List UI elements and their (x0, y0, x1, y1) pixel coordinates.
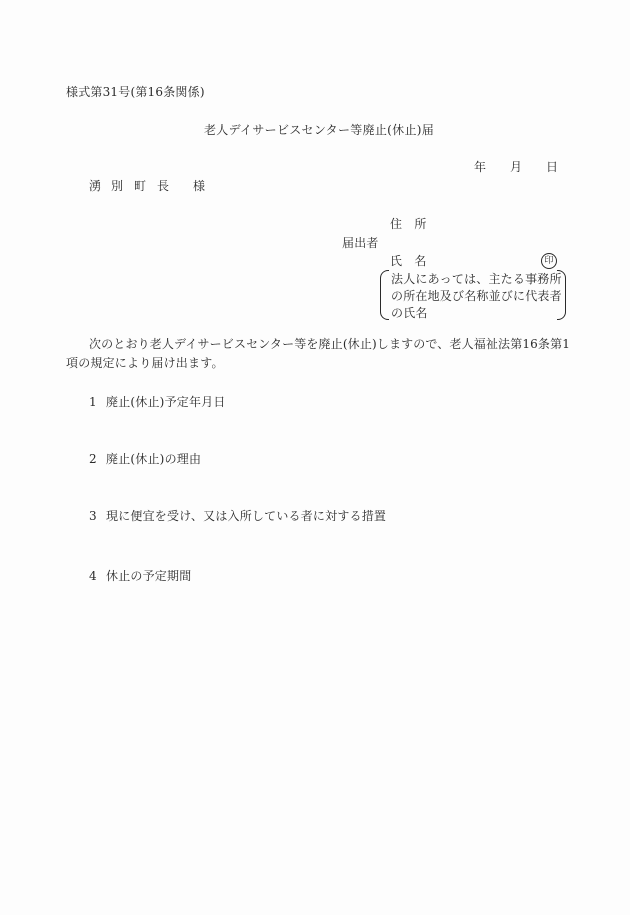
item-label: 廃止(休止)予定年月日 (106, 395, 226, 409)
form-number: 様式第31号(第16条関係) (66, 86, 205, 98)
body-text-line-1: 次のとおり老人デイサービスセンター等を廃止(休止)しますので、老人福祉法第16条… (89, 338, 570, 350)
left-bracket (380, 270, 389, 320)
item-2: 2廃止(休止)の理由 (89, 453, 201, 465)
item-number: 1 (89, 396, 106, 408)
item-label: 廃止(休止)の理由 (106, 452, 201, 466)
date-year-label: 年 (474, 161, 486, 173)
item-1: 1廃止(休止)予定年月日 (89, 396, 226, 408)
notifier-label: 届出者 (342, 237, 379, 249)
address-label: 住 所 (390, 218, 427, 230)
addressee-honorific: 様 (193, 180, 205, 192)
corporate-note-line: 法人にあっては、主たる事務所 (391, 273, 562, 285)
corporate-note-line: の氏名 (391, 307, 428, 319)
seal-icon: 印 (541, 253, 557, 269)
item-number: 2 (89, 453, 106, 465)
item-4: 4休止の予定期間 (89, 570, 191, 582)
addressee-char: 別 (111, 180, 134, 192)
addressee-char: 湧 (89, 180, 111, 192)
date-month-label: 月 (510, 161, 522, 173)
addressee-char: 長 (157, 180, 193, 192)
body-text-line-2: 項の規定により届け出ます。 (66, 357, 224, 369)
name-label: 氏 名 (390, 255, 427, 267)
corporate-note-bracket: 法人にあっては、主たる事務所 の所在地及び名称並びに代表者 の氏名 (380, 270, 566, 320)
item-label: 休止の予定期間 (106, 569, 191, 583)
addressee-char: 町 (134, 180, 157, 192)
date-day-label: 日 (546, 161, 558, 173)
item-number: 4 (89, 570, 106, 582)
corporate-note-line: の所在地及び名称並びに代表者 (391, 290, 562, 302)
item-3: 3現に便宜を受け、又は入所している者に対する措置 (89, 510, 386, 522)
item-number: 3 (89, 510, 106, 522)
addressee: 湧別町長様 (89, 180, 205, 192)
document-title: 老人デイサービスセンター等廃止(休止)届 (204, 124, 434, 136)
item-label: 現に便宜を受け、又は入所している者に対する措置 (106, 509, 386, 523)
